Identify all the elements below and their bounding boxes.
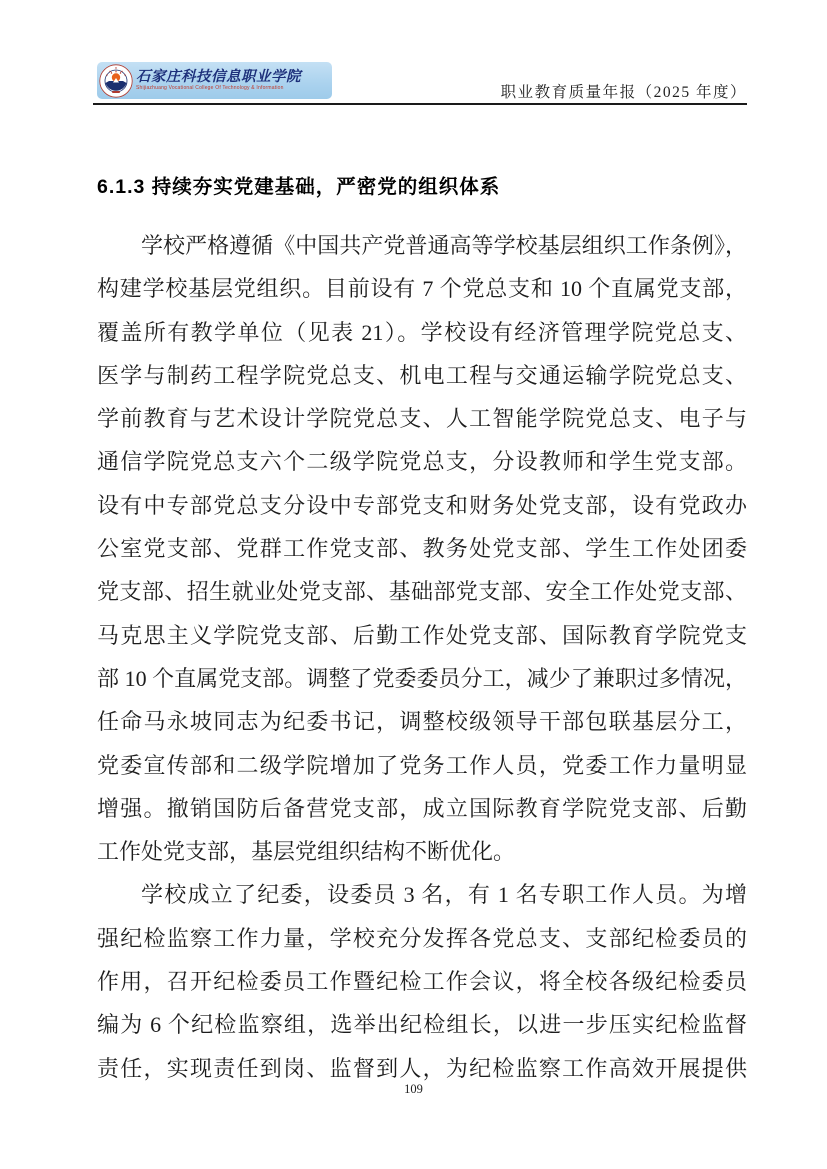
body-line: 增强。撤销国防后备营党支部，成立国际教育学院党支部、后勤 (97, 787, 747, 830)
college-name-zh: 石家庄科技信息职业学院 (136, 69, 301, 85)
body-text: 学校严格遵循《中国共产党普通高等学校基层组织工作条例》， 构建学校基层党组织。目… (97, 224, 747, 1090)
body-line: 学校成立了纪委，设委员 3 名，有 1 名专职工作人员。为增 (97, 873, 747, 916)
document-page: { "header": { "logo": { "college_name_zh… (0, 0, 827, 1169)
body-line: 工作处党支部，基层党组织结构不断优化。 (97, 830, 747, 873)
body-line: 作用，召开纪检委员工作暨纪检工作会议，将全校各级纪检委员 (97, 960, 747, 1003)
body-line: 任命马永坡同志为纪委书记，调整校级领导干部包联基层分工， (97, 700, 747, 743)
body-line: 强纪检监察工作力量，学校充分发挥各党总支、支部纪检委员的 (97, 917, 747, 960)
body-line: 构建学校基层党组织。目前设有 7 个党总支和 10 个直属党支部， (97, 267, 747, 310)
body-line: 党支部、招生就业处党支部、基础部党支部、安全工作处党支部、 (97, 570, 747, 613)
body-line: 学前教育与艺术设计学院党总支、人工智能学院党总支、电子与 (97, 397, 747, 440)
body-line: 编为 6 个纪检监察组，选举出纪检组长，以进一步压实纪检监督 (97, 1003, 747, 1046)
college-name-en: Shijiazhuang Vocational College Of Techn… (136, 85, 301, 92)
body-line: 通信学院党总支六个二级学院党总支，分设教师和学生党支部。 (97, 440, 747, 483)
report-title: 职业教育质量年报（2025 年度） (501, 80, 747, 102)
body-line: 党委宣传部和二级学院增加了党务工作人员，党委工作力量明显 (97, 744, 747, 787)
college-logo: 石家庄科技信息职业学院 Shijiazhuang Vocational Coll… (97, 62, 332, 99)
college-seal-icon (99, 64, 133, 98)
body-line: 公室党支部、党群工作党支部、教务处党支部、学生工作处团委 (97, 527, 747, 570)
page-number: 109 (0, 1082, 827, 1097)
section-heading: 6.1.3 持续夯实党建基础，严密党的组织体系 (97, 171, 500, 199)
body-line: 设有中专部党总支分设中专部党支和财务处党支部，设有党政办 (97, 484, 747, 527)
body-line: 部 10 个直属党支部。调整了党委委员分工，减少了兼职过多情况， (97, 657, 747, 700)
college-logo-text: 石家庄科技信息职业学院 Shijiazhuang Vocational Coll… (136, 69, 301, 92)
body-line: 学校严格遵循《中国共产党普通高等学校基层组织工作条例》， (97, 224, 747, 267)
body-line: 覆盖所有教学单位（见表 21）。学校设有经济管理学院党总支、 (97, 311, 747, 354)
header-divider (93, 103, 747, 105)
body-line: 医学与制药工程学院党总支、机电工程与交通运输学院党总支、 (97, 354, 747, 397)
body-line: 马克思主义学院党支部、后勤工作处党支部、国际教育学院党支 (97, 614, 747, 657)
